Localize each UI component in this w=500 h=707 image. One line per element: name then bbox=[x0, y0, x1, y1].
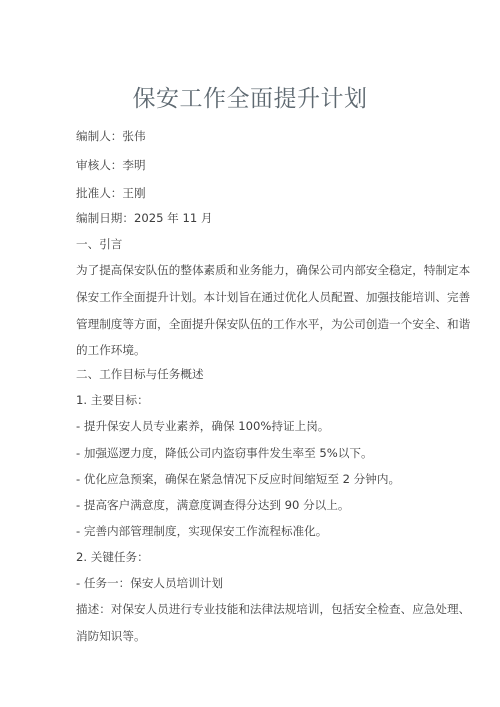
approver-line: 批准人：王刚 bbox=[76, 185, 146, 201]
goal-item-3: - 优化应急预案，确保在紧急情况下反应时间缩短至 2 分钟内。 bbox=[76, 471, 400, 487]
date-line: 编制日期：2025 年 11 月 bbox=[76, 210, 212, 226]
document-page: 保安工作全面提升计划 编制人：张伟 审核人：李明 批准人：王刚 编制日期：202… bbox=[0, 0, 500, 707]
intro-paragraph-line-2: 保安工作全面提升计划。本计划旨在通过优化人员配置、加强技能培训、完善 bbox=[76, 289, 470, 305]
author-line: 编制人：张伟 bbox=[76, 128, 146, 144]
goals-heading: 二、工作目标与任务概述 bbox=[76, 366, 204, 382]
goal-item-1: - 提升保安人员专业素养，确保 100%持证上岗。 bbox=[76, 418, 329, 434]
intro-paragraph-line-1: 为了提高保安队伍的整体素质和业务能力，确保公司内部安全稳定，特制定本 bbox=[76, 262, 470, 278]
document-title: 保安工作全面提升计划 bbox=[0, 84, 500, 114]
reviewer-line: 审核人：李明 bbox=[76, 157, 146, 173]
intro-heading: 一、引言 bbox=[76, 236, 122, 252]
key-tasks-label: 2. 关键任务： bbox=[76, 549, 149, 565]
goal-item-4: - 提高客户满意度，满意度调查得分达到 90 分以上。 bbox=[76, 497, 349, 513]
intro-paragraph-line-3: 管理制度等方面，全面提升保安队伍的工作水平，为公司创造一个安全、和谐 bbox=[76, 316, 470, 332]
task-one-description-line-2: 消防知识等。 bbox=[76, 628, 146, 644]
task-one-description-line-1: 描述：对保安人员进行专业技能和法律法规培训，包括安全检查、应急处理、 bbox=[76, 601, 470, 617]
task-one-heading: - 任务一：保安人员培训计划 bbox=[76, 575, 223, 591]
goal-item-2: - 加强巡逻力度，降低公司内盗窃事件发生率至 5%以下。 bbox=[76, 445, 373, 461]
goal-item-5: - 完善内部管理制度，实现保安工作流程标准化。 bbox=[76, 523, 327, 539]
main-goals-label: 1. 主要目标： bbox=[76, 392, 149, 408]
intro-paragraph-line-4: 的工作环境。 bbox=[76, 342, 146, 358]
